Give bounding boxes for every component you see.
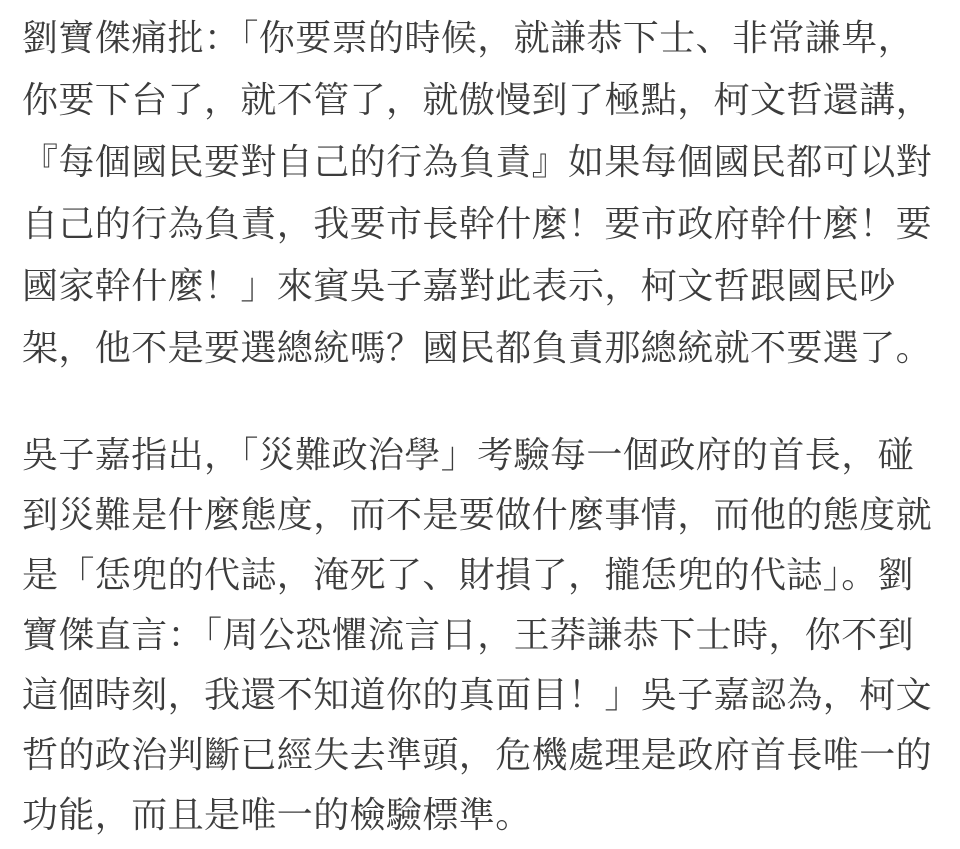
article-body: 劉寶傑痛批：「你要票的時候，就謙恭下士、非常謙卑， 你要下台了，就不管了，就傲慢… (0, 0, 960, 845)
text-line: 劉寶傑痛批：「你要票的時候，就謙恭下士、非常謙卑， (22, 7, 942, 69)
text-line: 是「恁兜的代誌，淹死了、財損了，攏恁兜的代誌」。劉 (22, 545, 942, 605)
paragraph-1: 劉寶傑痛批：「你要票的時候，就謙恭下士、非常謙卑， 你要下台了，就不管了，就傲慢… (22, 7, 942, 379)
text-line: 哲的政治判斷已經失去準頭，危機處理是政府首長唯一的 (22, 725, 942, 785)
paragraph-2: 吳子嘉指出，「災難政治學」考驗每一個政府的首長，碰 到災難是什麼態度，而不是要做… (22, 425, 942, 845)
text-line: 功能，而且是唯一的檢驗標準。 (22, 785, 942, 845)
text-line: 吳子嘉指出，「災難政治學」考驗每一個政府的首長，碰 (22, 425, 942, 485)
text-line: 到災難是什麼態度，而不是要做什麼事情，而他的態度就 (22, 485, 942, 545)
text-line: 自己的行為負責，我要市長幹什麼！要市政府幹什麼！要 (22, 193, 942, 255)
text-line: 『每個國民要對自己的行為負責』如果每個國民都可以對 (22, 131, 942, 193)
text-line: 你要下台了，就不管了，就傲慢到了極點，柯文哲還講， (22, 69, 942, 131)
text-line: 寶傑直言：「周公恐懼流言日，王莽謙恭下士時，你不到 (22, 605, 942, 665)
text-line: 國家幹什麼！」來賓吳子嘉對此表示，柯文哲跟國民吵 (22, 255, 942, 317)
text-line: 架，他不是要選總統嗎？國民都負責那總統就不要選了。 (22, 317, 942, 379)
text-line: 這個時刻，我還不知道你的真面目！」吳子嘉認為，柯文 (22, 665, 942, 725)
